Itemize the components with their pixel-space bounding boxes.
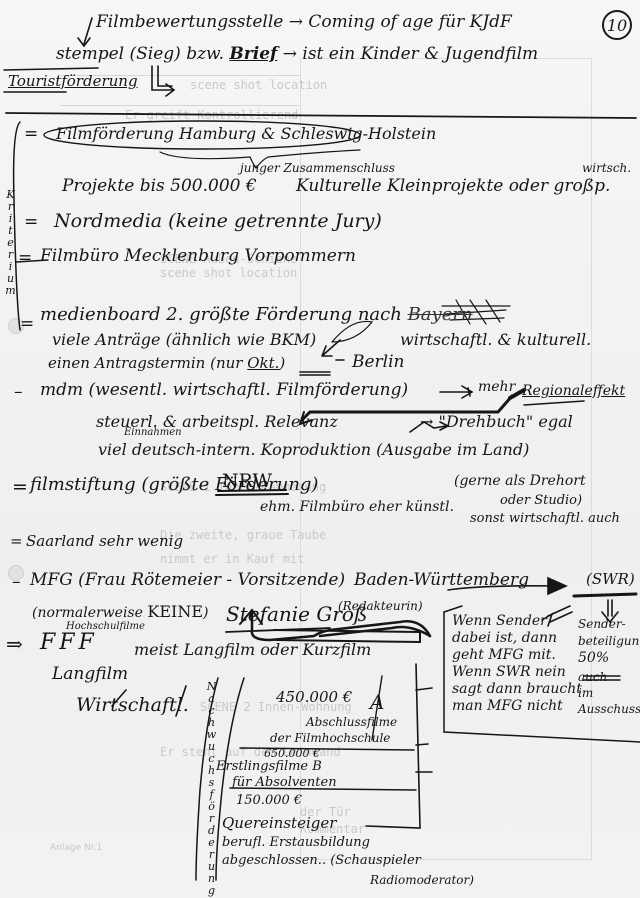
hamburg-title: Filmförderung Hamburg & Schleswig-Holste… [56, 126, 436, 142]
paren-close: ) [279, 354, 285, 372]
sender-line: beteiligung [578, 635, 640, 647]
keine-text: KEINE [147, 602, 203, 621]
brief-text: Brief [229, 44, 277, 64]
fff-nachwuchsfoerderung: Nachwuchsförderung [205, 680, 218, 896]
filmstiftung-wirtschaftl: sonst wirtschaftl. auch [470, 512, 620, 525]
fff-quer-4: Radiomoderator) [370, 874, 474, 886]
fff-quer-3: abgeschlossen.. (Schauspieler [222, 854, 421, 867]
saarland-text: Saarland sehr wenig [26, 534, 183, 549]
mfg-sender-box: Wenn Sender dabei ist, dann geht MFG mit… [452, 614, 582, 713]
bullet: = [20, 316, 34, 333]
mfg-redakteurin: (Redakteurin) [338, 600, 423, 612]
filmstiftung-nrw: NRW [222, 472, 272, 491]
mdm-einnahmen: Einnahmen [124, 428, 182, 438]
mdm-line1: mdm (wesentl. wirtschaftl. Filmförderung… [40, 382, 408, 399]
header-line-filmbewertung: Filmbewertungsstelle → Coming of age für… [96, 14, 512, 31]
box-line: Wenn Sender [452, 614, 582, 628]
box-line: dabei ist, dann [452, 631, 582, 645]
fff-quer-2: berufl. Erstausbildung [222, 836, 370, 849]
jugendfilm-text: → ist ein Kinder & Jugendfilm [283, 44, 538, 64]
normalerweise-text: (normalerweise [32, 605, 143, 621]
stempel-text: stempel (Sieg) bzw. [56, 44, 224, 64]
filmstiftung-line2: ehm. Filmbüro eher künstl. [260, 500, 454, 514]
fff-erstling-2: für Absolventen [232, 776, 337, 789]
mdm-mehr: mehr [478, 380, 515, 394]
fff-amount-150: 150.000 € [236, 794, 302, 807]
mdm-drehbuch: → "Drehbuch" egal [420, 414, 573, 430]
bullet-arrow: ⇒ [6, 634, 23, 654]
mdm-regionaleffekt: Regionaleffekt [522, 384, 625, 398]
fff-wirtschaftl: Wirtschaftl. [76, 696, 189, 715]
hamburg-note-junger: junger Zusammenschluss [240, 162, 395, 174]
fff-tier-a: A [370, 692, 384, 712]
nordmedia-text: Nordmedia (keine getrennte Jury) [54, 212, 382, 231]
hamburg-projects: Projekte bis 500.000 € [62, 178, 257, 195]
filmstiftung-line1: filmstiftung (größte Förderung) [30, 476, 318, 494]
hamburg-note-wirtsch: wirtsch. [582, 162, 631, 174]
hamburg-detail: Kulturelle Kleinprojekte oder großp. [296, 178, 610, 195]
mdm-line3: viel deutsch-intern. Koproduktion (Ausga… [98, 442, 529, 458]
header-touristfoerderung: Touristförderung [8, 74, 138, 89]
sender-line: Sender- [578, 618, 640, 630]
sender-line: Ausschuss [578, 703, 640, 715]
fff-langfilm: Langfilm [52, 666, 128, 683]
handwritten-notes-page: scene shot location Er greift Kontrollie… [0, 0, 640, 898]
bullet: – [14, 384, 23, 401]
fff-meist: meist Langfilm oder Kurzfilm [134, 642, 371, 658]
mfg-sender-beteiligung: Sender- beteiligung 50% auch im Ausschus… [578, 618, 640, 715]
paren-close: ) [203, 605, 208, 621]
struck-bayern: Bayern [408, 304, 473, 325]
okt-text: Okt. [247, 354, 279, 372]
sender-percent: 50% [578, 651, 640, 665]
antragstermin-text: einen Antragstermin (nur [48, 354, 242, 372]
bullet: = [18, 250, 32, 267]
fff-amount-650: 650.000 € [264, 748, 320, 759]
header-line-stempel: stempel (Sieg) bzw. Brief → ist ein Kind… [56, 46, 538, 63]
bullet: = [10, 534, 23, 549]
fff-abschluss-1: Abschlussfilme [306, 716, 397, 728]
mfg-line2: (normalerweise KEINE) [32, 604, 208, 620]
bullet: = [12, 478, 28, 497]
mfg-baden-wuerttemberg: Baden-Württemberg [354, 572, 529, 589]
sender-line: auch [578, 671, 640, 683]
medienboard-wirtschaftl: wirtschaftl. & kulturell. [400, 332, 591, 348]
fff-quer-1: Quereinsteiger [222, 816, 336, 831]
bullet: = [24, 126, 38, 143]
fff-erstling-1: Erstlingsfilme B [216, 760, 322, 773]
box-line: man MFG nicht [452, 699, 582, 713]
mfg-line1: MFG (Frau Rötemeier - Vorsitzende) [30, 572, 345, 589]
mfg-swr: (SWR) [586, 572, 635, 587]
fff-title: FFF [40, 632, 98, 654]
box-line: geht MFG mit. [452, 648, 582, 662]
margin-kriterium-label: Kriterium [4, 188, 17, 296]
medienboard-line2: viele Anträge (ähnlich wie BKM) [52, 332, 316, 348]
medienboard-line1: medienboard 2. größte Förderung nach Bay… [40, 306, 473, 324]
medienboard-line3: einen Antragstermin (nur Okt.) [48, 356, 285, 371]
filmbuero-mv-text: Filmbüro Mecklenburg Vorpommern [40, 248, 356, 265]
bullet: = [24, 214, 38, 231]
filmstiftung-studio: oder Studio) [500, 494, 582, 507]
sender-line: im [578, 687, 640, 699]
medienboard-text: medienboard 2. größte Förderung nach [40, 304, 402, 325]
page-number: 10 [602, 10, 632, 40]
filmstiftung-drehort: (gerne als Drehort [454, 474, 586, 488]
fff-abschluss-2: der Filmhochschule [270, 732, 390, 744]
bullet: – [12, 574, 21, 591]
fff-amount-450: 450.000 € [276, 690, 352, 705]
medienboard-berlin: Berlin [352, 354, 405, 371]
box-line: sagt dann braucht [452, 682, 582, 696]
box-line: Wenn SWR nein [452, 665, 582, 679]
